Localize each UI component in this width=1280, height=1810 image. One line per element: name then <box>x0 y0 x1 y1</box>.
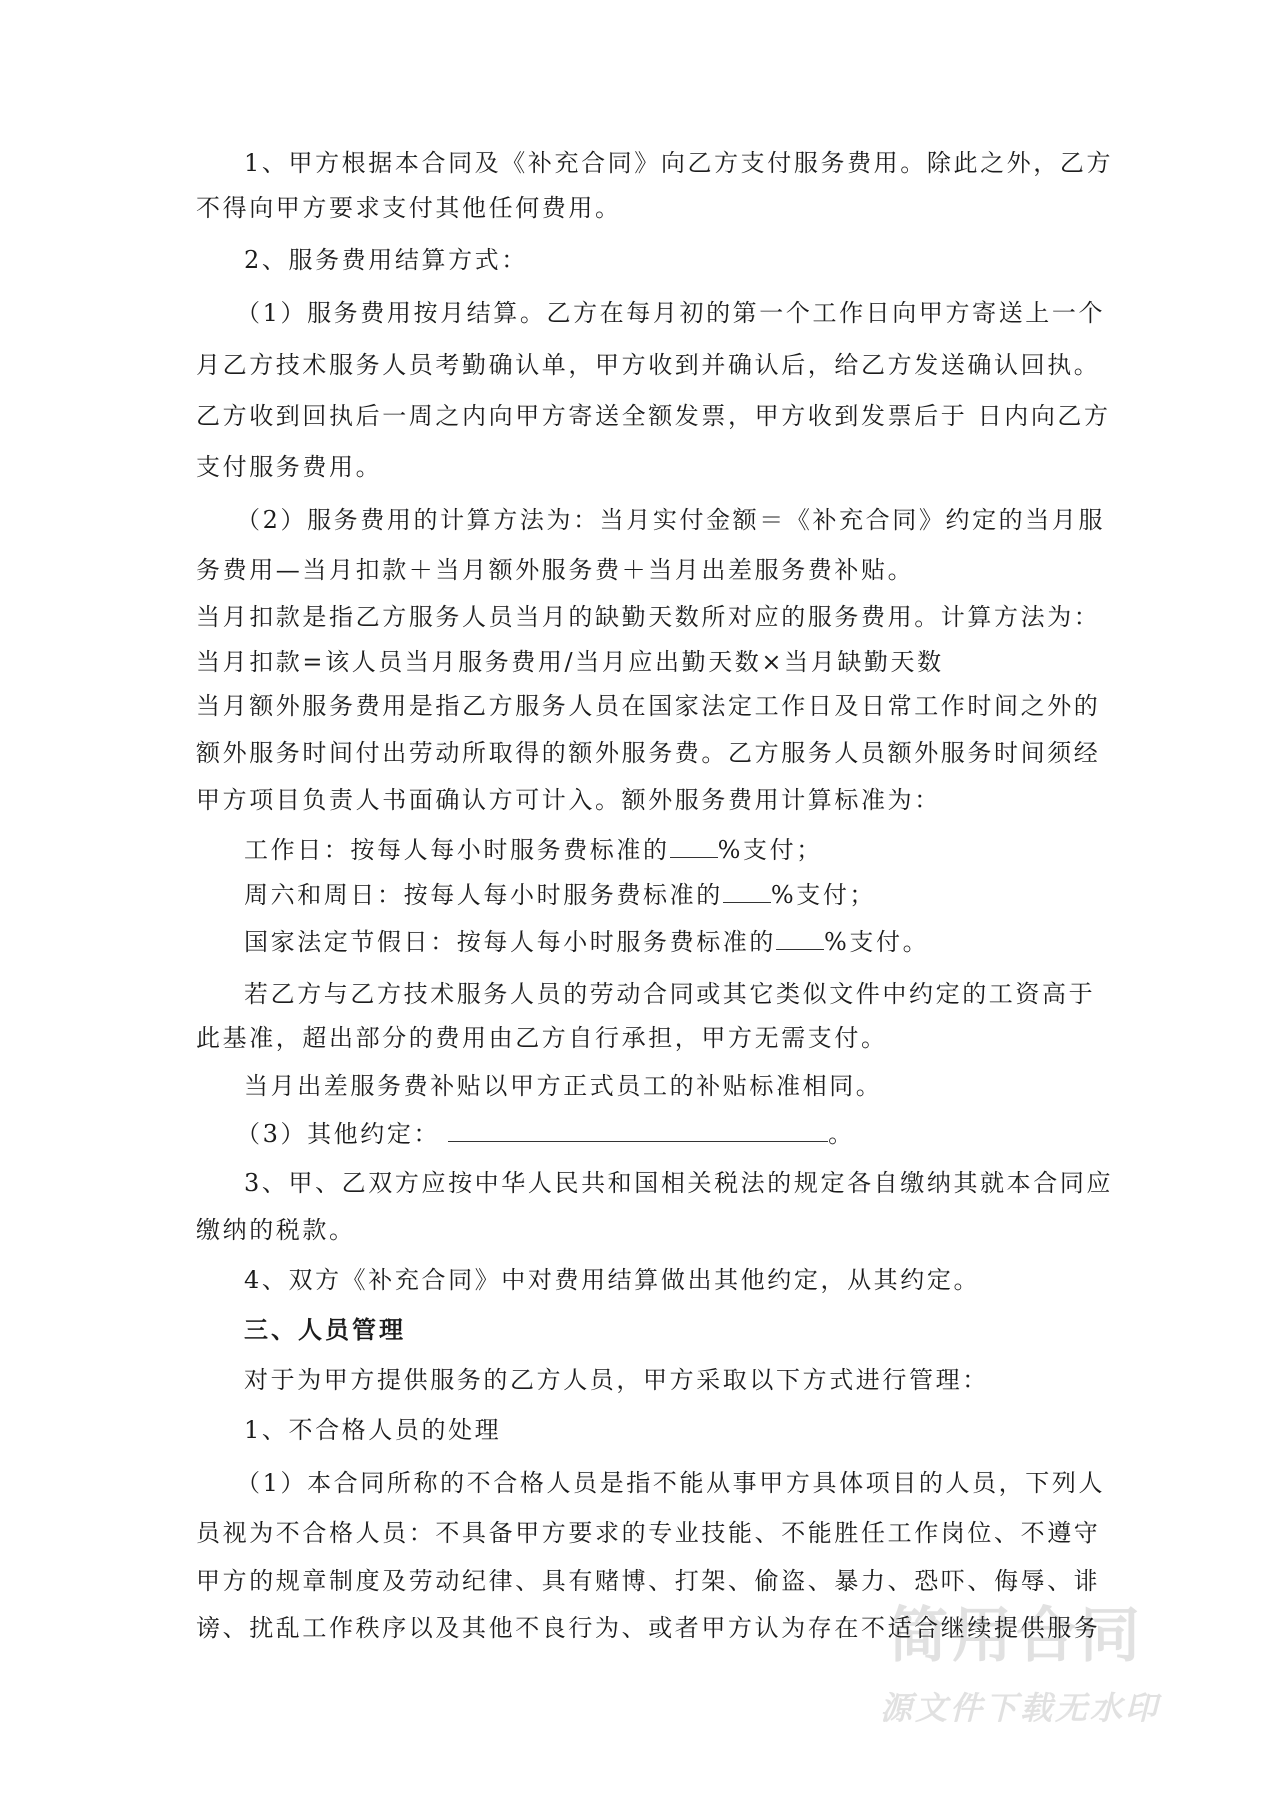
sub3-other: （3）其他约定：。 <box>236 1119 1081 1149</box>
rate-holiday: 国家法定节假日：按每人每小时服务费标准的%支付。 <box>244 927 1081 957</box>
sub1-line1: （1）服务费用按月结算。乙方在每月初的第一个工作日向甲方寄送上一个 <box>236 298 1081 328</box>
personnel-intro: 对于为甲方提供服务的乙方人员，甲方采取以下方式进行管理： <box>244 1365 1081 1395</box>
paragraph-item1-line1: 1、甲方根据本合同及《补充合同》向乙方支付服务费用。除此之外，乙方 <box>244 148 1081 178</box>
unqualified-line2: 员视为不合格人员：不具备甲方要求的专业技能、不能胜任工作岗位、不遵守 <box>196 1518 1081 1548</box>
unqualified-line4: 谤、扰乱工作秩序以及其他不良行为、或者甲方认为存在不适合继续提供服务 <box>196 1613 1081 1643</box>
sub3-label: （3）其他约定： <box>236 1120 440 1148</box>
sub3-suffix: 。 <box>828 1120 855 1148</box>
rate-workday-label: 工作日：按每人每小时服务费标准的 <box>244 836 670 864</box>
item3-line1: 3、甲、乙双方应按中华人民共和国相关税法的规定各自缴纳其就本合同应 <box>244 1168 1081 1198</box>
unqualified-line1: （1）本合同所称的不合格人员是指不能从事甲方具体项目的人员，下列人 <box>236 1468 1081 1498</box>
rate-weekend-blank[interactable] <box>723 880 771 903</box>
sub2-line6: 额外服务时间付出劳动所取得的额外服务费。乙方服务人员额外服务时间须经 <box>196 738 1081 768</box>
document-page: 简用合同 源文件下载无水印 1、甲方根据本合同及《补充合同》向乙方支付服务费用。… <box>0 0 1280 1810</box>
rate-weekend-suffix: %支付； <box>771 881 876 909</box>
unqualified-line3: 甲方的规章制度及劳动纪律、具有赌博、打架、偷盗、暴力、恐吓、侮辱、诽 <box>196 1566 1081 1596</box>
rate-holiday-blank[interactable] <box>776 927 824 950</box>
sub2-line4: 当月扣款=该人员当月服务费用/当月应出勤天数×当月缺勤天数 <box>196 647 1081 677</box>
item2-heading: 2、服务费用结算方式： <box>244 245 1081 275</box>
excess-line2: 此基准，超出部分的费用由乙方自行承担，甲方无需支付。 <box>196 1023 1081 1053</box>
unqualified-heading: 1、不合格人员的处理 <box>244 1415 1081 1445</box>
rate-workday-suffix: %支付； <box>718 836 823 864</box>
sub2-line3: 当月扣款是指乙方服务人员当月的缺勤天数所对应的服务费用。计算方法为： <box>196 602 1081 632</box>
travel-allowance: 当月出差服务费补贴以甲方正式员工的补贴标准相同。 <box>244 1071 1081 1101</box>
sub2-line7: 甲方项目负责人书面确认方可计入。额外服务费用计算标准为： <box>196 785 1081 815</box>
rate-weekend-label: 周六和周日：按每人每小时服务费标准的 <box>244 881 723 909</box>
item4: 4、双方《补充合同》中对费用结算做出其他约定，从其约定。 <box>244 1265 1081 1295</box>
sub3-blank[interactable] <box>448 1119 828 1142</box>
rate-workday: 工作日：按每人每小时服务费标准的%支付； <box>244 835 1081 865</box>
excess-line1: 若乙方与乙方技术服务人员的劳动合同或其它类似文件中约定的工资高于 <box>244 979 1081 1009</box>
sub1-line3: 乙方收到回执后一周之内向甲方寄送全额发票，甲方收到发票后于 日内向乙方 <box>196 401 1081 431</box>
rate-weekend: 周六和周日：按每人每小时服务费标准的%支付； <box>244 880 1081 910</box>
sub1-line2: 月乙方技术服务人员考勤确认单，甲方收到并确认后，给乙方发送确认回执。 <box>196 350 1081 380</box>
watermark-subtitle: 源文件下载无水印 <box>880 1683 1160 1729</box>
rate-holiday-label: 国家法定节假日：按每人每小时服务费标准的 <box>244 928 776 956</box>
item3-line2: 缴纳的税款。 <box>196 1215 1081 1245</box>
rate-workday-blank[interactable] <box>670 835 718 858</box>
section-personnel-heading: 三、人员管理 <box>244 1315 1081 1345</box>
sub2-line2: 务费用—当月扣款＋当月额外服务费＋当月出差服务费补贴。 <box>196 555 1081 585</box>
sub1-line4: 支付服务费用。 <box>196 452 1081 482</box>
sub2-line1: （2）服务费用的计算方法为：当月实付金额＝《补充合同》约定的当月服 <box>236 505 1081 535</box>
sub2-line5: 当月额外服务费用是指乙方服务人员在国家法定工作日及日常工作时间之外的 <box>196 691 1081 721</box>
rate-holiday-suffix: %支付。 <box>824 928 929 956</box>
paragraph-item1-line2: 不得向甲方要求支付其他任何费用。 <box>196 193 1081 223</box>
